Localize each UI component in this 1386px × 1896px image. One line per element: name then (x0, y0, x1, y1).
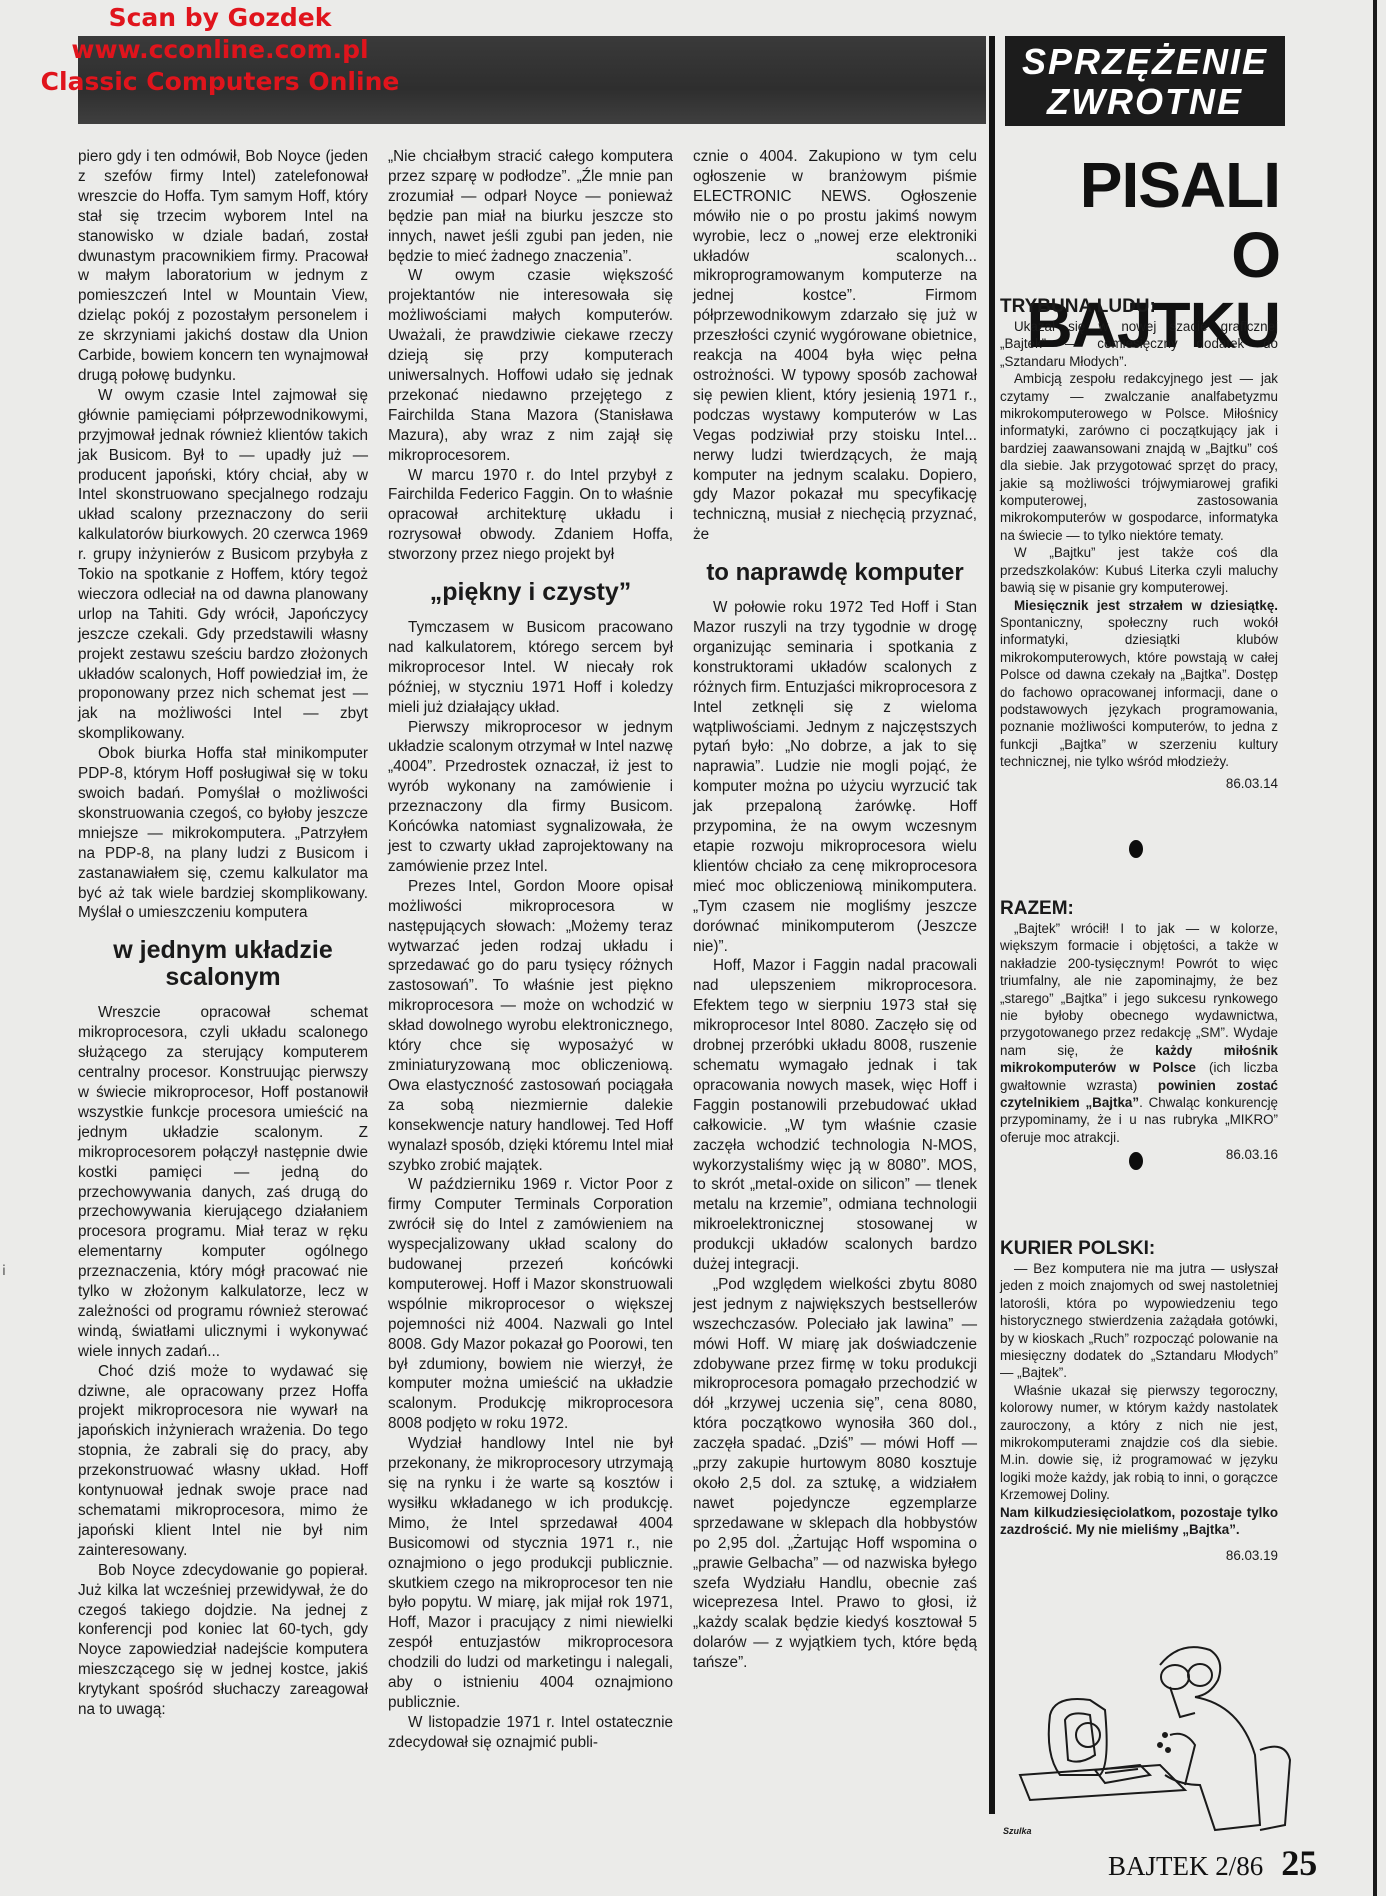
paragraph: W owym czasie większość projektantów nie… (388, 266, 673, 465)
watermark-line-2: www.cconline.com.pl (0, 34, 440, 66)
paragraph: cznie o 4004. Zakupiono w tym celu ogłos… (693, 147, 977, 545)
press-source-name: KURIER POLSKI: (1000, 1238, 1278, 1260)
press-entry-kurier-polski: KURIER POLSKI: — Bez komputera nie ma ju… (1000, 1238, 1278, 1564)
paragraph: Wreszcie opracował schemat mikroprocesor… (78, 1003, 368, 1361)
paragraph: Pierwszy mikroprocesor w jednym układzie… (388, 718, 673, 877)
magazine-issue: BAJTEK 2/86 (1108, 1851, 1263, 1881)
paragraph: — Bez komputera nie ma jutra — usłyszał … (1000, 1260, 1278, 1382)
page-number: 25 (1281, 1843, 1317, 1883)
subheading: w jednym układzie scalonym (78, 937, 368, 991)
paragraph: W „Bajtku” jest także coś dla przedszkol… (1000, 544, 1278, 596)
paragraph: Bob Noyce zdecydowanie go popierał. Już … (78, 1561, 368, 1720)
article-column-1: piero gdy i ten odmówił, Bob Noyce (jede… (78, 147, 368, 1720)
subheading: to naprawdę komputer (693, 559, 977, 586)
press-entry-trybuna-ludu: TRYBUNA LUDU: Ukazał się w nowej szacie … (1000, 296, 1278, 792)
press-date: 86.03.19 (1000, 1547, 1278, 1564)
article-column-3: cznie o 4004. Zakupiono w tym celu ogłos… (693, 147, 977, 1673)
page-footer: BAJTEK 2/86 25 (1108, 1842, 1317, 1884)
paragraph: W owym czasie Intel zajmował się głównie… (78, 386, 368, 744)
article-column-2: „Nie chciałbym stracić całego komputera … (388, 147, 673, 1753)
bullet-dot-icon (1129, 1152, 1143, 1170)
paragraph: Choć dziś może to wydawać się dziwne, al… (78, 1362, 368, 1561)
paragraph: Obok biurka Hoffa stał minikomputer PDP-… (78, 744, 368, 923)
subheading: „piękny i czysty” (388, 579, 673, 606)
paragraph: Ambicją zespołu redakcyjnego jest — jak … (1000, 370, 1278, 544)
emphasis: Miesięcznik jest strzałem w dziesiątkę. (1014, 598, 1278, 613)
cartoon-signature: Szulka (1003, 1826, 1032, 1836)
paragraph: Miesięcznik jest strzałem w dziesiątkę. … (1000, 597, 1278, 771)
paragraph: Nam kilkudziesięciolatkom, pozostaje tyl… (1000, 1504, 1278, 1539)
paragraph: Prezes Intel, Gordon Moore opisał możliw… (388, 877, 673, 1176)
sidebar-title-line-1: PISALI (1000, 150, 1280, 220)
scan-watermark: Scan by Gozdek www.cconline.com.pl Class… (0, 2, 440, 98)
watermark-line-3: Classic Computers Online (0, 66, 440, 98)
section-tag-line-1: SPRZĘŻENIE (1005, 42, 1285, 82)
paragraph: W październiku 1969 r. Victor Poor z fir… (388, 1175, 673, 1434)
press-source-name: TRYBUNA LUDU: (1000, 296, 1278, 318)
watermark-line-1: Scan by Gozdek (0, 2, 440, 34)
section-tag-line-2: ZWROTNE (1005, 82, 1285, 122)
paragraph: Ukazał się w nowej szacie graficznej „Ba… (1000, 318, 1278, 370)
paragraph: W połowie roku 1972 Ted Hoff i Stan Mazo… (693, 598, 977, 956)
paragraph: „Pod względem wielkości zbytu 8080 jest … (693, 1275, 977, 1673)
paragraph: Hoff, Mazor i Faggin nadal pracowali nad… (693, 956, 977, 1275)
paragraph: Tymczasem w Busicom pracowano nad kalkul… (388, 618, 673, 718)
paragraph: „Bajtek” wrócił! I to jak — w kolorze, w… (1000, 920, 1278, 1146)
margin-mark: ⅰ (2, 1262, 6, 1279)
bullet-dot-icon (1129, 840, 1143, 858)
sidebar-divider-rule (989, 36, 995, 1814)
press-date: 86.03.14 (1000, 775, 1278, 792)
paragraph: W listopadzie 1971 r. Intel ostatecznie … (388, 1713, 673, 1753)
paragraph: „Nie chciałbym stracić całego komputera … (388, 147, 673, 266)
press-entry-razem: RAZEM: „Bajtek” wrócił! I to jak — w kol… (1000, 898, 1278, 1164)
paragraph: piero gdy i ten odmówił, Bob Noyce (jede… (78, 147, 368, 386)
press-source-name: RAZEM: (1000, 898, 1278, 920)
paragraph: Wydział handlowy Intel nie był przekonan… (388, 1434, 673, 1713)
paragraph: W marcu 1970 r. do Intel przybył z Fairc… (388, 466, 673, 566)
paragraph: Właśnie ukazał się pierwszy tegoroczny, … (1000, 1382, 1278, 1504)
cartoon-man-computer-illustration (1010, 1625, 1310, 1845)
section-tag: SPRZĘŻENIE ZWROTNE (1005, 36, 1285, 126)
page-edge-rule (1373, 0, 1377, 1896)
